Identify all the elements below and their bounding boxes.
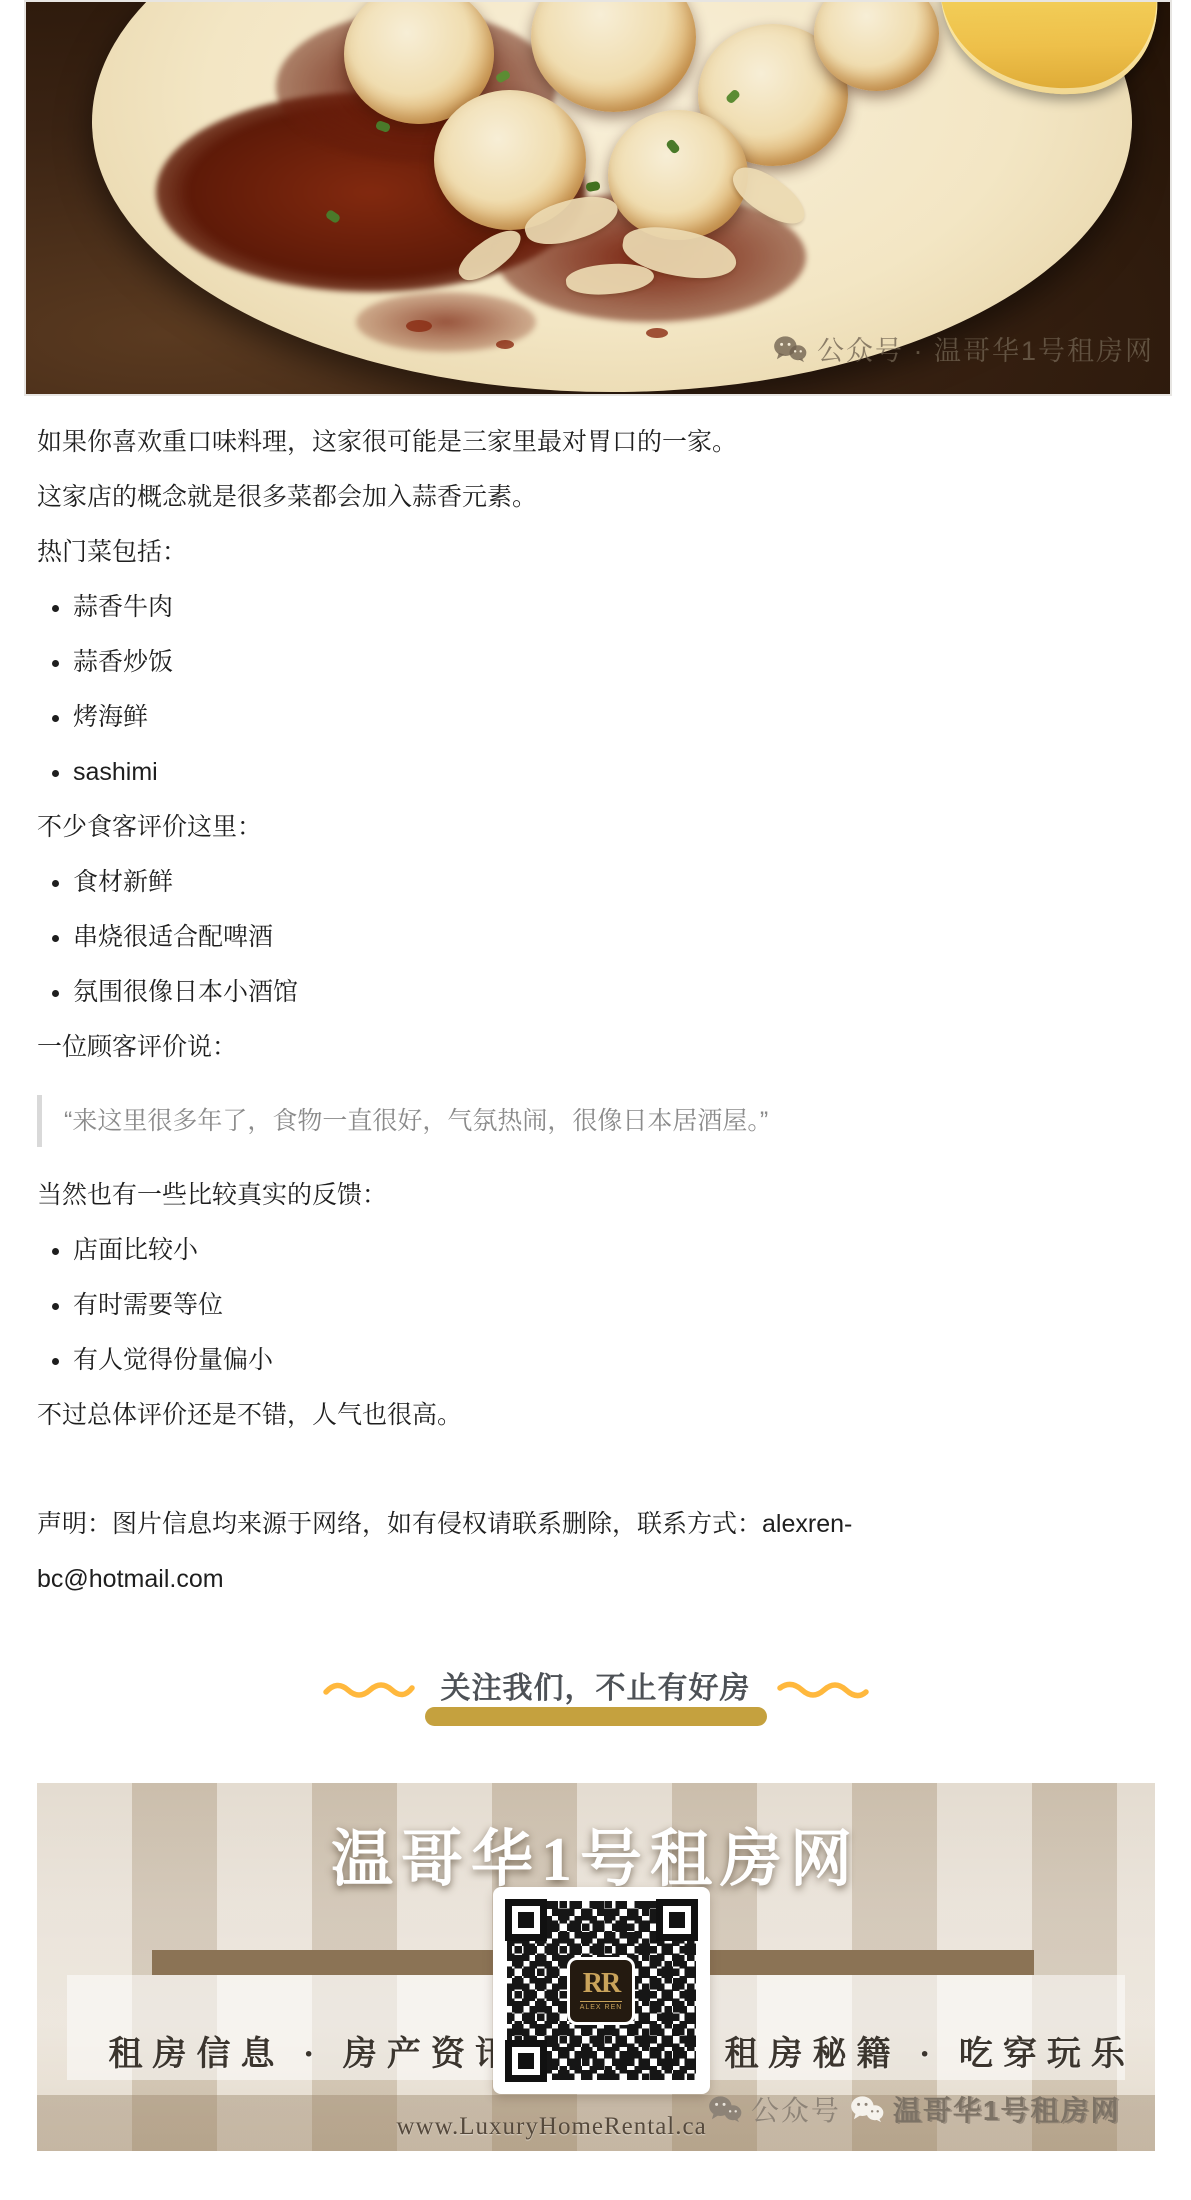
paragraph: 不少食客评价这里： bbox=[37, 807, 1154, 847]
list-item: 有时需要等位 bbox=[73, 1285, 1154, 1325]
wechat-icon bbox=[773, 335, 807, 363]
sauce-drip-shape bbox=[496, 340, 514, 349]
banner-label-left: 租房信息 · 房产资讯 bbox=[109, 2026, 519, 2075]
paragraph: 如果你喜欢重口味料理，这家很可能是三家里最对胃口的一家。 bbox=[37, 422, 1154, 462]
list-item: sashimi bbox=[73, 752, 1154, 792]
follow-us-divider: 关注我们，不止有好房 bbox=[0, 1671, 1191, 1707]
paragraph: 热门菜包括： bbox=[37, 532, 1154, 572]
praise-list: 食材新鲜 串烧很适合配啤酒 氛围很像日本小酒馆 bbox=[37, 862, 1154, 1012]
qr-code[interactable]: RR ALEX REN bbox=[493, 1887, 710, 2094]
banner-watermark: 公众号 温哥华1号租房网 bbox=[708, 2089, 1121, 2129]
article-body: 如果你喜欢重口味料理，这家很可能是三家里最对胃口的一家。 这家店的概念就是很多菜… bbox=[0, 422, 1191, 1607]
dish-list: 蒜香牛肉 蒜香炒饭 烤海鲜 sashimi bbox=[37, 587, 1154, 792]
feedback-list: 店面比较小 有时需要等位 有人觉得份量偏小 bbox=[37, 1230, 1154, 1380]
list-item: 串烧很适合配啤酒 bbox=[73, 917, 1154, 957]
paragraph: 当然也有一些比较真实的反馈： bbox=[37, 1175, 1154, 1215]
wave-right-icon bbox=[777, 1675, 869, 1703]
list-item: 食材新鲜 bbox=[73, 862, 1154, 902]
banner-watermark-name: 温哥华1号租房网 bbox=[893, 2089, 1121, 2129]
list-item: 烤海鲜 bbox=[73, 697, 1154, 737]
paragraph: 这家店的概念就是很多菜都会加入蒜香元素。 bbox=[37, 477, 1154, 517]
list-item: 氛围很像日本小酒馆 bbox=[73, 972, 1154, 1012]
list-item: 店面比较小 bbox=[73, 1230, 1154, 1270]
gold-underline-bar bbox=[425, 1707, 767, 1726]
paragraph: 一位顾客评价说： bbox=[37, 1027, 1154, 1067]
paragraph: 不过总体评价还是不错，人气也很高。 bbox=[37, 1395, 1154, 1435]
list-item: 有人觉得份量偏小 bbox=[73, 1340, 1154, 1380]
banner-title: 温哥华1号租房网 bbox=[37, 1809, 1155, 1898]
disclaimer-text: 声明：图片信息均来源于网络，如有侵权请联系删除，联系方式：alexren-bc@… bbox=[37, 1497, 1022, 1607]
banner-watermark-prefix: 公众号 bbox=[751, 2089, 841, 2129]
divider-label-wrap: 关注我们，不止有好房 bbox=[437, 1671, 755, 1707]
sauce-drip-shape bbox=[406, 320, 432, 332]
qr-finder-icon bbox=[505, 2040, 547, 2082]
wave-left-icon bbox=[323, 1675, 415, 1703]
sauce-drip-shape bbox=[646, 328, 668, 338]
qr-logo-monogram: RR bbox=[583, 1970, 619, 1998]
banner-label-right: 租房秘籍 · 吃穿玩乐 bbox=[725, 2026, 1135, 2075]
dish-photo: 公众号 · 温哥华1号租房网 bbox=[24, 0, 1172, 396]
list-item: 蒜香炒饭 bbox=[73, 642, 1154, 682]
customer-quote: “来这里很多年了，食物一直很好，气氛热闹，很像日本居酒屋。” bbox=[37, 1095, 1154, 1147]
divider-label: 关注我们，不止有好房 bbox=[441, 1672, 751, 1705]
list-item: 蒜香牛肉 bbox=[73, 587, 1154, 627]
qr-logo-name: ALEX REN bbox=[580, 2001, 623, 2011]
scallop-shape bbox=[608, 110, 748, 240]
photo-watermark: 公众号 · 温哥华1号租房网 bbox=[773, 329, 1154, 368]
wechat-icon bbox=[708, 2095, 742, 2123]
qr-finder-icon bbox=[656, 1899, 698, 1941]
website-url: www.LuxuryHomeRental.ca bbox=[397, 2113, 707, 2141]
qr-center-logo: RR ALEX REN bbox=[567, 1957, 635, 2025]
brand-banner: 温哥华1号租房网 租房信息 · 房产资讯 租房秘籍 · 吃穿玩乐 RR ALEX… bbox=[37, 1783, 1155, 2151]
wechat-bubble-icon bbox=[850, 2095, 884, 2123]
photo-watermark-text: 公众号 · 温哥华1号租房网 bbox=[817, 329, 1154, 368]
qr-finder-icon bbox=[505, 1899, 547, 1941]
